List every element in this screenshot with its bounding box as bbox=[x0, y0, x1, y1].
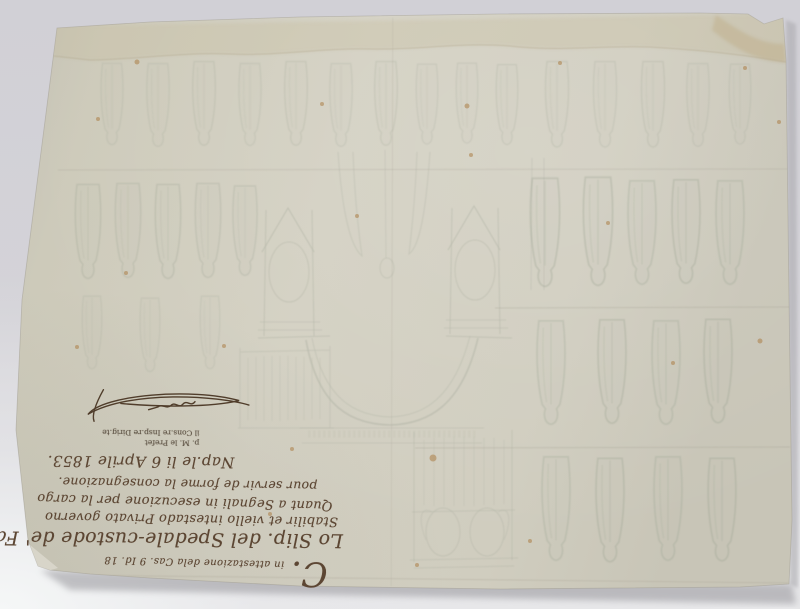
stamp-annotation: p. M. le Prefet il Cons.re Insp.re Dirig… bbox=[11, 426, 199, 447]
inscription-initial: C. bbox=[289, 553, 328, 594]
inscription-date: Nap.le li 6 Aprile 1853. bbox=[10, 452, 234, 470]
inscription-line-1: C.in attestazione dela Cas. 9 Id. 18 bbox=[5, 546, 328, 592]
signature-flourish bbox=[12, 371, 254, 431]
inscription-line-2: Lo Slip. del Spedale-custode de' Fangelo bbox=[7, 526, 343, 550]
stamp-line-1: p. M. le Prefet bbox=[11, 436, 199, 447]
handwritten-inscription: C.in attestazione dela Cas. 9 Id. 18 Lo … bbox=[5, 341, 351, 599]
stamp-line-2: il Cons.re Insp.re Dirig.te bbox=[11, 426, 199, 437]
photo-stage: C.in attestazione dela Cas. 9 Id. 18 Lo … bbox=[0, 0, 800, 609]
